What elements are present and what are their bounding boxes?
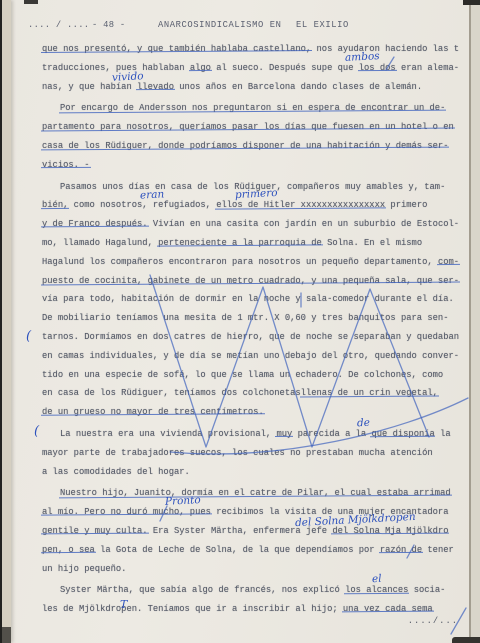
struck-text: puesto de cocinita, gabinete de un metro… [42,276,459,286]
typed-line: De mobiliario teníamos una mesita de 1 m… [42,309,474,328]
typed-line: mo, llamado Hagalund, perteneciente a la… [42,234,474,253]
struck-text: que nos presentó, y que también hablaba … [42,44,311,54]
typed-text: Syster Märtha, que sabía algo de francés… [60,585,345,595]
typed-text: les de Mjölkdropen. Teníamos que ir a in… [42,604,343,614]
handwritten-note: el [372,570,383,589]
typed-line: casa de los Rüdiguer, donde podríamos di… [42,137,474,156]
paragraph: de(La nuestra era una vivienda provision… [42,425,474,481]
typed-line: pen, o sea la Gota de Leche de Solna, de… [42,541,474,560]
typed-text: eran alema- [396,63,459,73]
typed-line: en camas individuales, y de día se metía… [42,347,474,366]
typed-line: mayor parte de trabajadores suecos, los … [42,444,474,463]
handwritten-note: vivido [112,67,145,87]
typed-text: un hijo pequeño. [42,564,126,574]
typed-text: en camas individuales, y de día se metía… [42,351,459,361]
struck-text: partamento para nosotros, queríamos pasa… [42,122,454,132]
typed-line: del Solna Mjölkdropengentile y muy culta… [42,522,474,541]
typed-line: partamento para nosotros, queríamos pasa… [42,118,474,137]
typed-text: Solna. En el mismo [322,238,422,248]
typed-line: un hijo pequeño. [42,560,474,579]
scan-edge-right-strip [471,0,480,643]
paragraph: elSyster Märtha, que sabía algo de franc… [42,581,474,619]
typed-text: tener [422,545,454,555]
typed-text: La nuestra era una vivienda provisional, [60,429,276,439]
struck-text: com- [438,257,459,267]
handwritten-note: Pronto [165,491,202,512]
typed-text: socia- [408,585,445,595]
typed-text: tido en una especie de sofá, lo que se l… [42,370,443,380]
typed-line: vicios. - [42,156,474,175]
typed-text: primero [385,200,427,210]
handwritten-note: de [357,414,371,433]
struck-text: casa de los Rüdiguer, donde podríamos di… [42,141,448,151]
scan-mark-top-right [463,0,480,5]
document-title-right: EL EXILIO [296,20,349,30]
handwritten-note: ( [26,328,31,347]
typed-line: Hagalund los compañeros encontraron para… [42,253,474,272]
scan-edge-left-strip [2,0,11,643]
paragraph: que nos presentó, y que también hablaba … [42,40,474,96]
struck-text: pen, o sea [42,545,95,555]
typed-text: tarnos. Dormíamos en dos catres de hierr… [42,332,459,342]
struck-text: Nuestro hijo, Juanito, dormía en el catr… [60,488,451,498]
typed-text: nos ayudaron haciendo las t [311,44,459,54]
page-number: - 48 - [92,20,125,30]
struck-text: que disponía [371,429,434,439]
struck-text: perteneciente a la parroquia de [158,238,322,248]
typed-text: unos años en Barcelona dando clases de a… [174,82,422,92]
scanned-typewritten-page: { "page": { "header": { "dots_marker": "… [0,0,480,643]
typed-line: eranprimerobién, como nosotros, refugiad… [42,196,474,215]
paragraph: Nuestro hijo, Juanito, dormía en el catr… [42,484,474,578]
typed-text: mayor parte de trabajadores suecos, los … [42,448,433,458]
typed-line: tido en una especie de sofá, lo que se l… [42,366,474,385]
struck-text: muy [276,429,292,439]
typed-text: la [435,429,451,439]
typed-text: la Gota de Leche de Solna, de la que dep… [95,545,380,555]
typed-line: (tarnos. Dormíamos en dos catres de hier… [42,328,474,347]
scan-mark-top-left [24,0,38,4]
document-title: ANARCOSINDICALISMO EN [158,20,281,30]
handwritten-note: eran [140,186,165,206]
scan-mark-bottom-right [452,637,480,643]
typed-line: y de Franco después. Vivían en una casit… [42,215,474,234]
typed-line: ambostraducciones, pues hablaban algo al… [42,59,474,78]
typed-line: Por encargo de Andersson nos preguntaron… [42,99,474,118]
continuation-marker: ..../... [408,616,458,626]
typed-text: Vivían en una casita con jardín en un su… [148,219,459,229]
struck-text: algo [190,63,211,73]
handwritten-note: primero [235,184,279,205]
struck-text: vicios. - [42,160,90,170]
typed-text: De mobiliario teníamos una mesita de 1 m… [42,313,448,323]
paragraph: Pasamos unos días en casa de los Rüdigue… [42,178,474,422]
handwritten-note: T [120,596,127,615]
handwritten-note: ( [34,423,39,442]
typed-line: elSyster Märtha, que sabía algo de franc… [42,581,474,600]
typed-line: puesto de cocinita, gabinete de un metro… [42,272,474,291]
typed-line: de un grueso no mayor de tres centímetro… [42,403,474,422]
typed-text: a las comodidades del hogar. [42,467,190,477]
page-header: .... / .... - 48 - ANARCOSINDICALISMO EN… [0,20,480,34]
typed-line: Nuestro hijo, Juanito, dormía en el catr… [42,484,474,503]
struck-text: de un grueso no mayor de tres centímetro… [42,407,264,417]
typed-text: en casa de los Rüdiguer, teníamos dos co… [42,388,301,398]
paper-background: .... / .... - 48 - ANARCOSINDICALISMO EN… [0,0,480,643]
header-dots-marker: .... / .... [28,20,89,30]
typed-text: mo, llamado Hagalund, [42,238,158,248]
struck-text: llenas de un crin vegetal, [301,388,438,398]
typed-text: al sueco. Después supe que [211,63,359,73]
typed-line: en casa de los Rüdiguer, teníamos dos co… [42,384,474,403]
typed-text: vía para todo, habitación de dormir en l… [42,294,454,304]
typed-line: vía para todo, habitación de dormir en l… [42,290,474,309]
typed-line: de(La nuestra era una vivienda provision… [42,425,474,444]
struck-text: bién, [42,200,68,210]
typed-lines: que nos presentó, y que también hablaba … [42,40,474,619]
handwritten-note: ambos [345,47,381,68]
typed-line: vividonas, y que habían llevado unos año… [42,78,474,97]
paragraph: Por encargo de Andersson nos preguntaron… [42,99,474,174]
scan-mark-bottom-left [2,627,11,643]
struck-text: gentile y muy culta. [42,526,148,536]
struck-text: una vez cada sema [343,604,433,614]
struck-text: y de Franco después. [42,219,148,229]
typed-text: Hagalund los compañeros encontraron para… [42,257,438,267]
struck-text: Por encargo de Andersson nos preguntaron… [60,103,445,113]
typed-line: a las comodidades del hogar. [42,463,474,482]
struck-text: razón de [380,545,422,555]
typed-line: que nos presentó, y que también hablaba … [42,40,474,59]
